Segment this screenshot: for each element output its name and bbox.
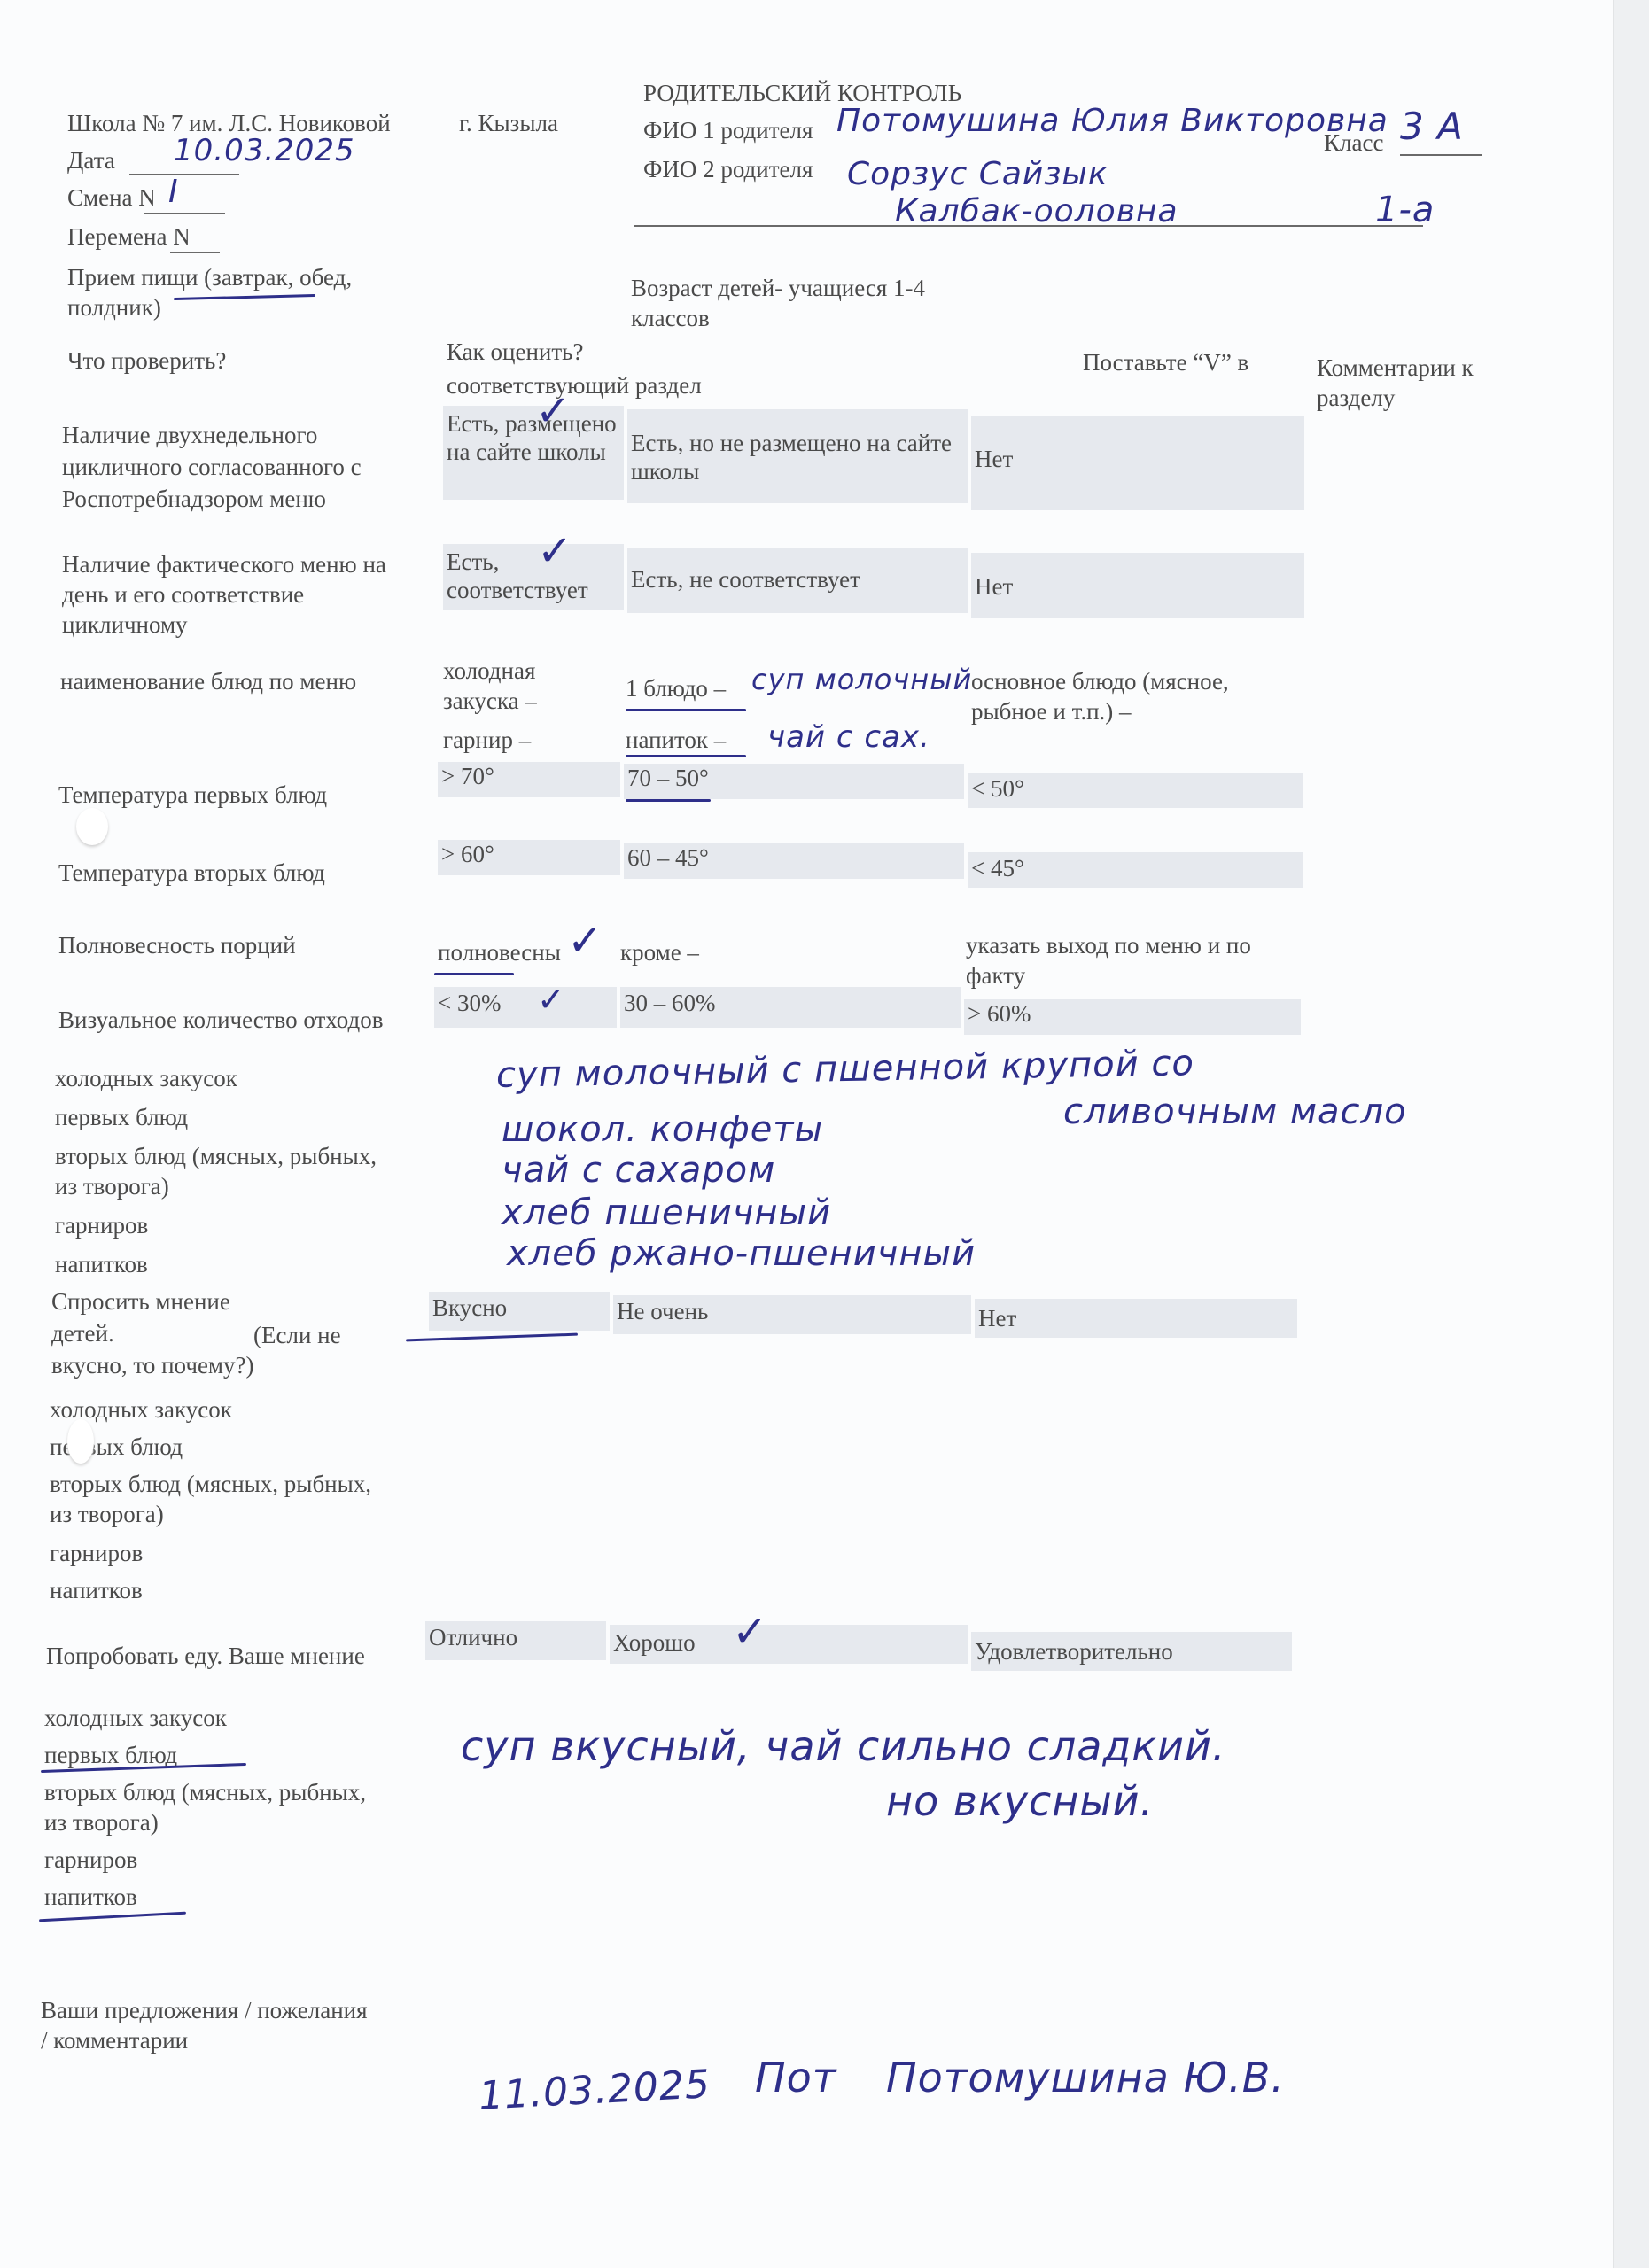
age-line1: Возраст детей- учащиеся 1-4 <box>631 273 925 303</box>
signature-name[interactable]: Потомушина Ю.В. <box>886 2054 1285 2101</box>
waste-option-30-60[interactable]: 30 – 60% <box>620 987 961 1028</box>
category-first-courses: первых блюд <box>55 1102 188 1132</box>
class-value-secondary[interactable]: 1-а <box>1375 190 1435 230</box>
drink-underline <box>626 755 746 757</box>
column-how-line2: соответствующий раздел <box>447 370 702 400</box>
suggestions-label-line1: Ваши предложения / пожелания <box>41 1995 368 2025</box>
parent1-value[interactable]: Потомушина Юлия Викторовна <box>836 103 1388 139</box>
category2-sides: гарниров <box>50 1538 143 1568</box>
portions-option-full[interactable]: полновесны <box>438 937 561 967</box>
parent-opinion-option-excellent[interactable]: Отлично <box>425 1621 606 1660</box>
children-opinion-option-not-really[interactable]: Не очень <box>613 1295 971 1334</box>
break-label: Перемена N <box>67 221 191 252</box>
cyclic-menu-option-no[interactable]: Нет <box>971 416 1304 510</box>
category3-drinks: напитков <box>44 1882 137 1912</box>
cyclic-menu-label-2: цикличного согласованного с <box>62 452 362 482</box>
date-underline <box>129 174 239 175</box>
parent-opinion-label: Попробовать еду. Ваше мнение <box>46 1641 365 1671</box>
temp-second-option-above60[interactable]: > 60° <box>438 840 620 875</box>
menu-note-4[interactable]: хлеб пшеничный <box>502 1192 831 1233</box>
hole-punch-mark <box>76 808 108 845</box>
menu-note-1[interactable]: суп молочный с пшенной крупой со <box>496 1043 1195 1096</box>
meal-label-line1: Прием пищи (завтрак, обед, <box>67 262 352 292</box>
category3-cold-snacks: холодных закусок <box>44 1703 227 1733</box>
parent2-value-line1[interactable]: Сорзус Сайзык <box>847 156 1108 192</box>
actual-menu-check-icon: ✓ <box>537 530 572 572</box>
temp-second-option-below45[interactable]: < 45° <box>968 852 1303 888</box>
side-label: гарнир – <box>443 725 531 755</box>
date-label: Дата <box>67 145 115 175</box>
parent-opinion-comment-2[interactable]: но вкусный. <box>886 1777 1154 1825</box>
category2-second-courses-cont: из творога) <box>50 1499 164 1529</box>
column-comments-line2: разделу <box>1317 383 1395 413</box>
category3-second-courses: вторых блюд (мясных, рыбных, <box>44 1777 366 1807</box>
hole-punch-mark-2 <box>67 1419 94 1464</box>
actual-menu-option-matches[interactable]: Есть, соответствует <box>443 544 624 610</box>
cyclic-menu-label-1: Наличие двухнедельного <box>62 420 317 450</box>
temp-second-label: Температура вторых блюд <box>58 858 325 888</box>
children-opinion-selected-underline <box>406 1333 578 1342</box>
portions-selected-underline <box>434 973 514 975</box>
category-drinks: напитков <box>55 1249 148 1279</box>
children-opinion-label-3: (Если не <box>253 1320 341 1350</box>
shift-label: Смена N <box>67 183 156 213</box>
drink-value[interactable]: чай с сах. <box>767 719 930 755</box>
actual-menu-label-2: день и его соответствие <box>62 579 304 610</box>
children-opinion-option-no[interactable]: Нет <box>975 1299 1297 1338</box>
waste-label: Визуальное количество отходов <box>58 1005 384 1035</box>
waste-option-above60[interactable]: > 60% <box>964 999 1301 1035</box>
city-name: г. Кызыла <box>459 108 558 138</box>
dish-names-label: наименование блюд по меню <box>60 666 356 696</box>
date-value[interactable]: 10.03.2025 <box>174 133 355 168</box>
menu-note-3[interactable]: чай с сахаром <box>502 1150 775 1191</box>
actual-menu-option-not-matches[interactable]: Есть, не соответствует <box>627 548 968 613</box>
category2-drinks: напитков <box>50 1575 143 1605</box>
category-second-courses-cont: из творога) <box>55 1171 169 1201</box>
shift-value[interactable]: I <box>168 174 179 210</box>
children-opinion-label-2: детей. <box>51 1318 114 1348</box>
actual-menu-option-no[interactable]: Нет <box>971 553 1304 618</box>
menu-note-2[interactable]: шокол. конфеты <box>502 1109 823 1150</box>
meal-selected-underline <box>174 294 315 300</box>
portions-option-specify[interactable]: указать выход по меню и по факту <box>966 930 1303 990</box>
actual-menu-label-3: цикличному <box>62 610 188 640</box>
waste-option-below30[interactable]: < 30% <box>434 987 617 1028</box>
column-mark: Поставьте “V” в <box>1083 347 1248 377</box>
category2-second-courses: вторых блюд (мясных, рыбных, <box>50 1469 371 1499</box>
first-course-label: 1 блюдо – <box>626 673 726 703</box>
temp-first-selected-underline <box>626 799 711 802</box>
main-course-label: основное блюдо (мясное, рыбное и т.п.) – <box>971 666 1308 726</box>
parent-underline <box>634 225 1423 227</box>
actual-menu-label-1: Наличие фактического меню на <box>62 549 386 579</box>
children-opinion-label-4: вкусно, то почему?) <box>51 1350 254 1380</box>
category3-sides: гарниров <box>44 1845 137 1875</box>
portions-option-except[interactable]: кроме – <box>620 937 699 967</box>
meal-label-line2: полдник) <box>67 292 161 322</box>
cyclic-menu-check-icon: ✓ <box>535 390 571 432</box>
portions-check-icon: ✓ <box>567 920 603 962</box>
parent-opinion-option-good[interactable]: Хорошо <box>610 1625 968 1664</box>
parent2-label: ФИО 2 родителя <box>643 154 813 184</box>
cyclic-menu-option-posted[interactable]: Есть, размещено на сайте школы <box>443 406 624 500</box>
cold-snack-label: холодная закуска – <box>443 656 549 716</box>
temp-first-option-70-50[interactable]: 70 – 50° <box>624 764 964 799</box>
cyclic-menu-label-3: Роспотребнадзором меню <box>62 484 326 514</box>
class-value[interactable]: 3 А <box>1400 105 1464 148</box>
portions-label: Полновесность порций <box>58 930 296 960</box>
parent-opinion-option-satisfactory[interactable]: Удовлетворительно <box>971 1632 1292 1671</box>
scan-page-edge <box>1613 0 1649 2268</box>
category-second-courses: вторых блюд (мясных, рыбных, <box>55 1141 377 1171</box>
category-cold-snacks: холодных закусок <box>55 1063 237 1093</box>
suggestions-label-line2: / комментарии <box>41 2025 188 2055</box>
column-comments-line1: Комментарии к <box>1317 353 1474 383</box>
break-underline <box>170 252 220 253</box>
category3-drinks-underline <box>39 1912 186 1922</box>
parent-opinion-check-icon: ✓ <box>732 1611 767 1653</box>
temp-first-option-below50[interactable]: < 50° <box>968 773 1303 808</box>
shift-underline <box>144 213 225 214</box>
first-course-value[interactable]: суп молочный <box>751 663 972 696</box>
drink-label: напиток – <box>626 725 726 755</box>
menu-note-5[interactable]: хлеб ржано-пшеничный <box>507 1233 976 1274</box>
parent1-label: ФИО 1 родителя <box>643 115 813 145</box>
temp-first-label: Температура первых блюд <box>58 780 327 810</box>
age-line2: классов <box>631 303 710 333</box>
signature-mark[interactable]: Пот <box>755 2054 837 2101</box>
signature-date[interactable]: 11.03.2025 <box>478 2062 712 2119</box>
class-underline <box>1400 154 1482 156</box>
column-what: Что проверить? <box>67 346 226 376</box>
cyclic-menu-option-not-posted[interactable]: Есть, но не размещено на сайте школы <box>627 409 968 503</box>
parent-opinion-comment-1[interactable]: суп вкусный, чай сильно сладкий. <box>461 1722 1225 1770</box>
temp-second-option-60-45[interactable]: 60 – 45° <box>624 843 964 879</box>
menu-note-1-cont[interactable]: сливочным масло <box>1063 1091 1407 1132</box>
category3-second-courses-cont: из творога) <box>44 1807 159 1837</box>
children-opinion-label-1: Спросить мнение <box>51 1286 230 1317</box>
class-label: Класс <box>1324 128 1383 158</box>
waste-check-icon: ✓ <box>537 978 565 1021</box>
first-course-underline <box>626 709 746 711</box>
column-how-line1: Как оценить? <box>447 337 583 367</box>
category-sides: гарниров <box>55 1210 148 1240</box>
temp-first-option-above70[interactable]: > 70° <box>438 762 620 797</box>
parent2-value-line2[interactable]: Калбак-ооловна <box>895 193 1178 229</box>
children-opinion-option-tasty[interactable]: Вкусно <box>429 1292 610 1331</box>
